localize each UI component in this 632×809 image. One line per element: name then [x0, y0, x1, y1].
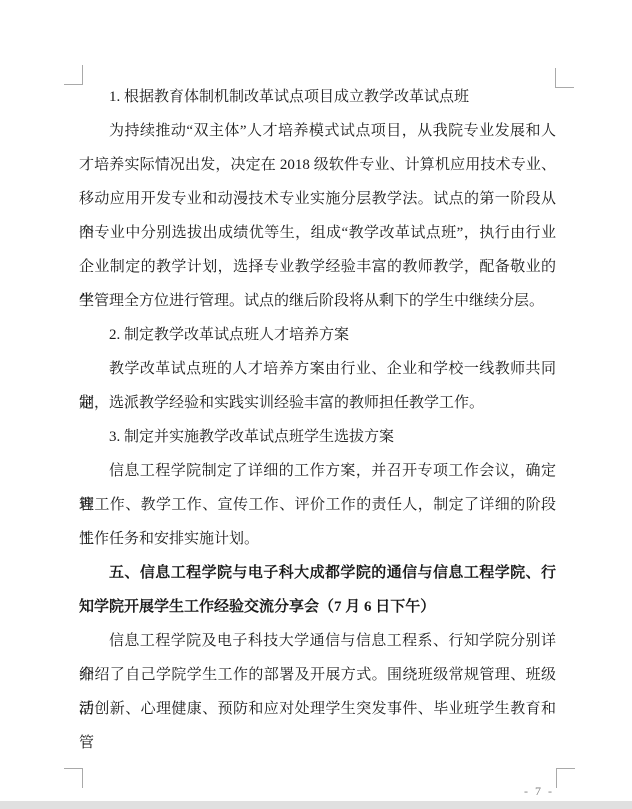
body-line: 介绍了自己学院学生工作的部署及开展方式。围绕班级常规管理、班级活: [79, 658, 556, 692]
body-line-numbered-heading-2: 2. 制定教学改革试点班人才培养方案: [79, 318, 556, 352]
text-boundary-mark-top-right: [555, 68, 574, 88]
body-line: 生管理全方位进行管理。试点的继后阶段将从剩下的学生中继续分层。: [79, 284, 556, 318]
body-line: 才培养实际情况出发，决定在 2018 级软件专业、计算机应用技术专业、: [79, 148, 556, 182]
body-line: 企业制定的教学计划，选择专业教学经验丰富的教师教学，配备敬业的学: [79, 250, 556, 284]
body-line-numbered-heading-1: 1. 根据教育体制机制改革试点项目成立教学改革试点班: [79, 80, 556, 114]
canvas-background-strip: [0, 801, 632, 809]
document-viewport: { "page": { "number_label": "- 7 -" }, "…: [0, 0, 632, 809]
document-body[interactable]: 1. 根据教育体制机制改革试点项目成立教学改革试点班 为持续推动“双主体”人才培…: [79, 80, 556, 726]
body-line: 信息工程学院及电子科技大学通信与信息工程系、行知学院分别详细: [79, 624, 556, 658]
section-heading-line: 五、信息工程学院与电子科大成都学院的通信与信息工程学院、行: [79, 556, 556, 590]
body-line-numbered-heading-3: 3. 制定并实施教学改革试点班学生选拔方案: [79, 420, 556, 454]
document-page: 1. 根据教育体制机制改革试点项目成立教学改革试点班 为持续推动“双主体”人才培…: [0, 0, 632, 801]
body-line: 动创新、心理健康、预防和应对处理学生突发事件、毕业班学生教育和管: [79, 692, 556, 726]
text-boundary-mark-bottom-right: [556, 768, 575, 788]
text-boundary-mark-bottom-left: [64, 768, 83, 788]
body-line: 教学改革试点班的人才培养方案由行业、企业和学校一线教师共同制: [79, 352, 556, 386]
body-line: 为持续推动“双主体”人才培养模式试点项目，从我院专业发展和人: [79, 114, 556, 148]
body-line: 个专业中分别选拔出成绩优等生，组成“教学改革试点班”，执行由行业: [79, 216, 556, 250]
body-line: 理工作、教学工作、宣传工作、评价工作的责任人，制定了详细的阶段性: [79, 488, 556, 522]
body-line: 定，选派教学经验和实践实训经验丰富的教师担任教学工作。: [79, 386, 556, 420]
body-line: 工作任务和安排实施计划。: [79, 522, 556, 556]
body-line: 移动应用开发专业和动漫技术专业实施分层教学法。试点的第一阶段从四: [79, 182, 556, 216]
section-heading-line: 知学院开展学生工作经验交流分享会（7 月 6 日下午）: [79, 590, 556, 624]
page-number: - 7 -: [524, 783, 554, 799]
body-line: 信息工程学院制定了详细的工作方案，并召开专项工作会议，确定管: [79, 454, 556, 488]
